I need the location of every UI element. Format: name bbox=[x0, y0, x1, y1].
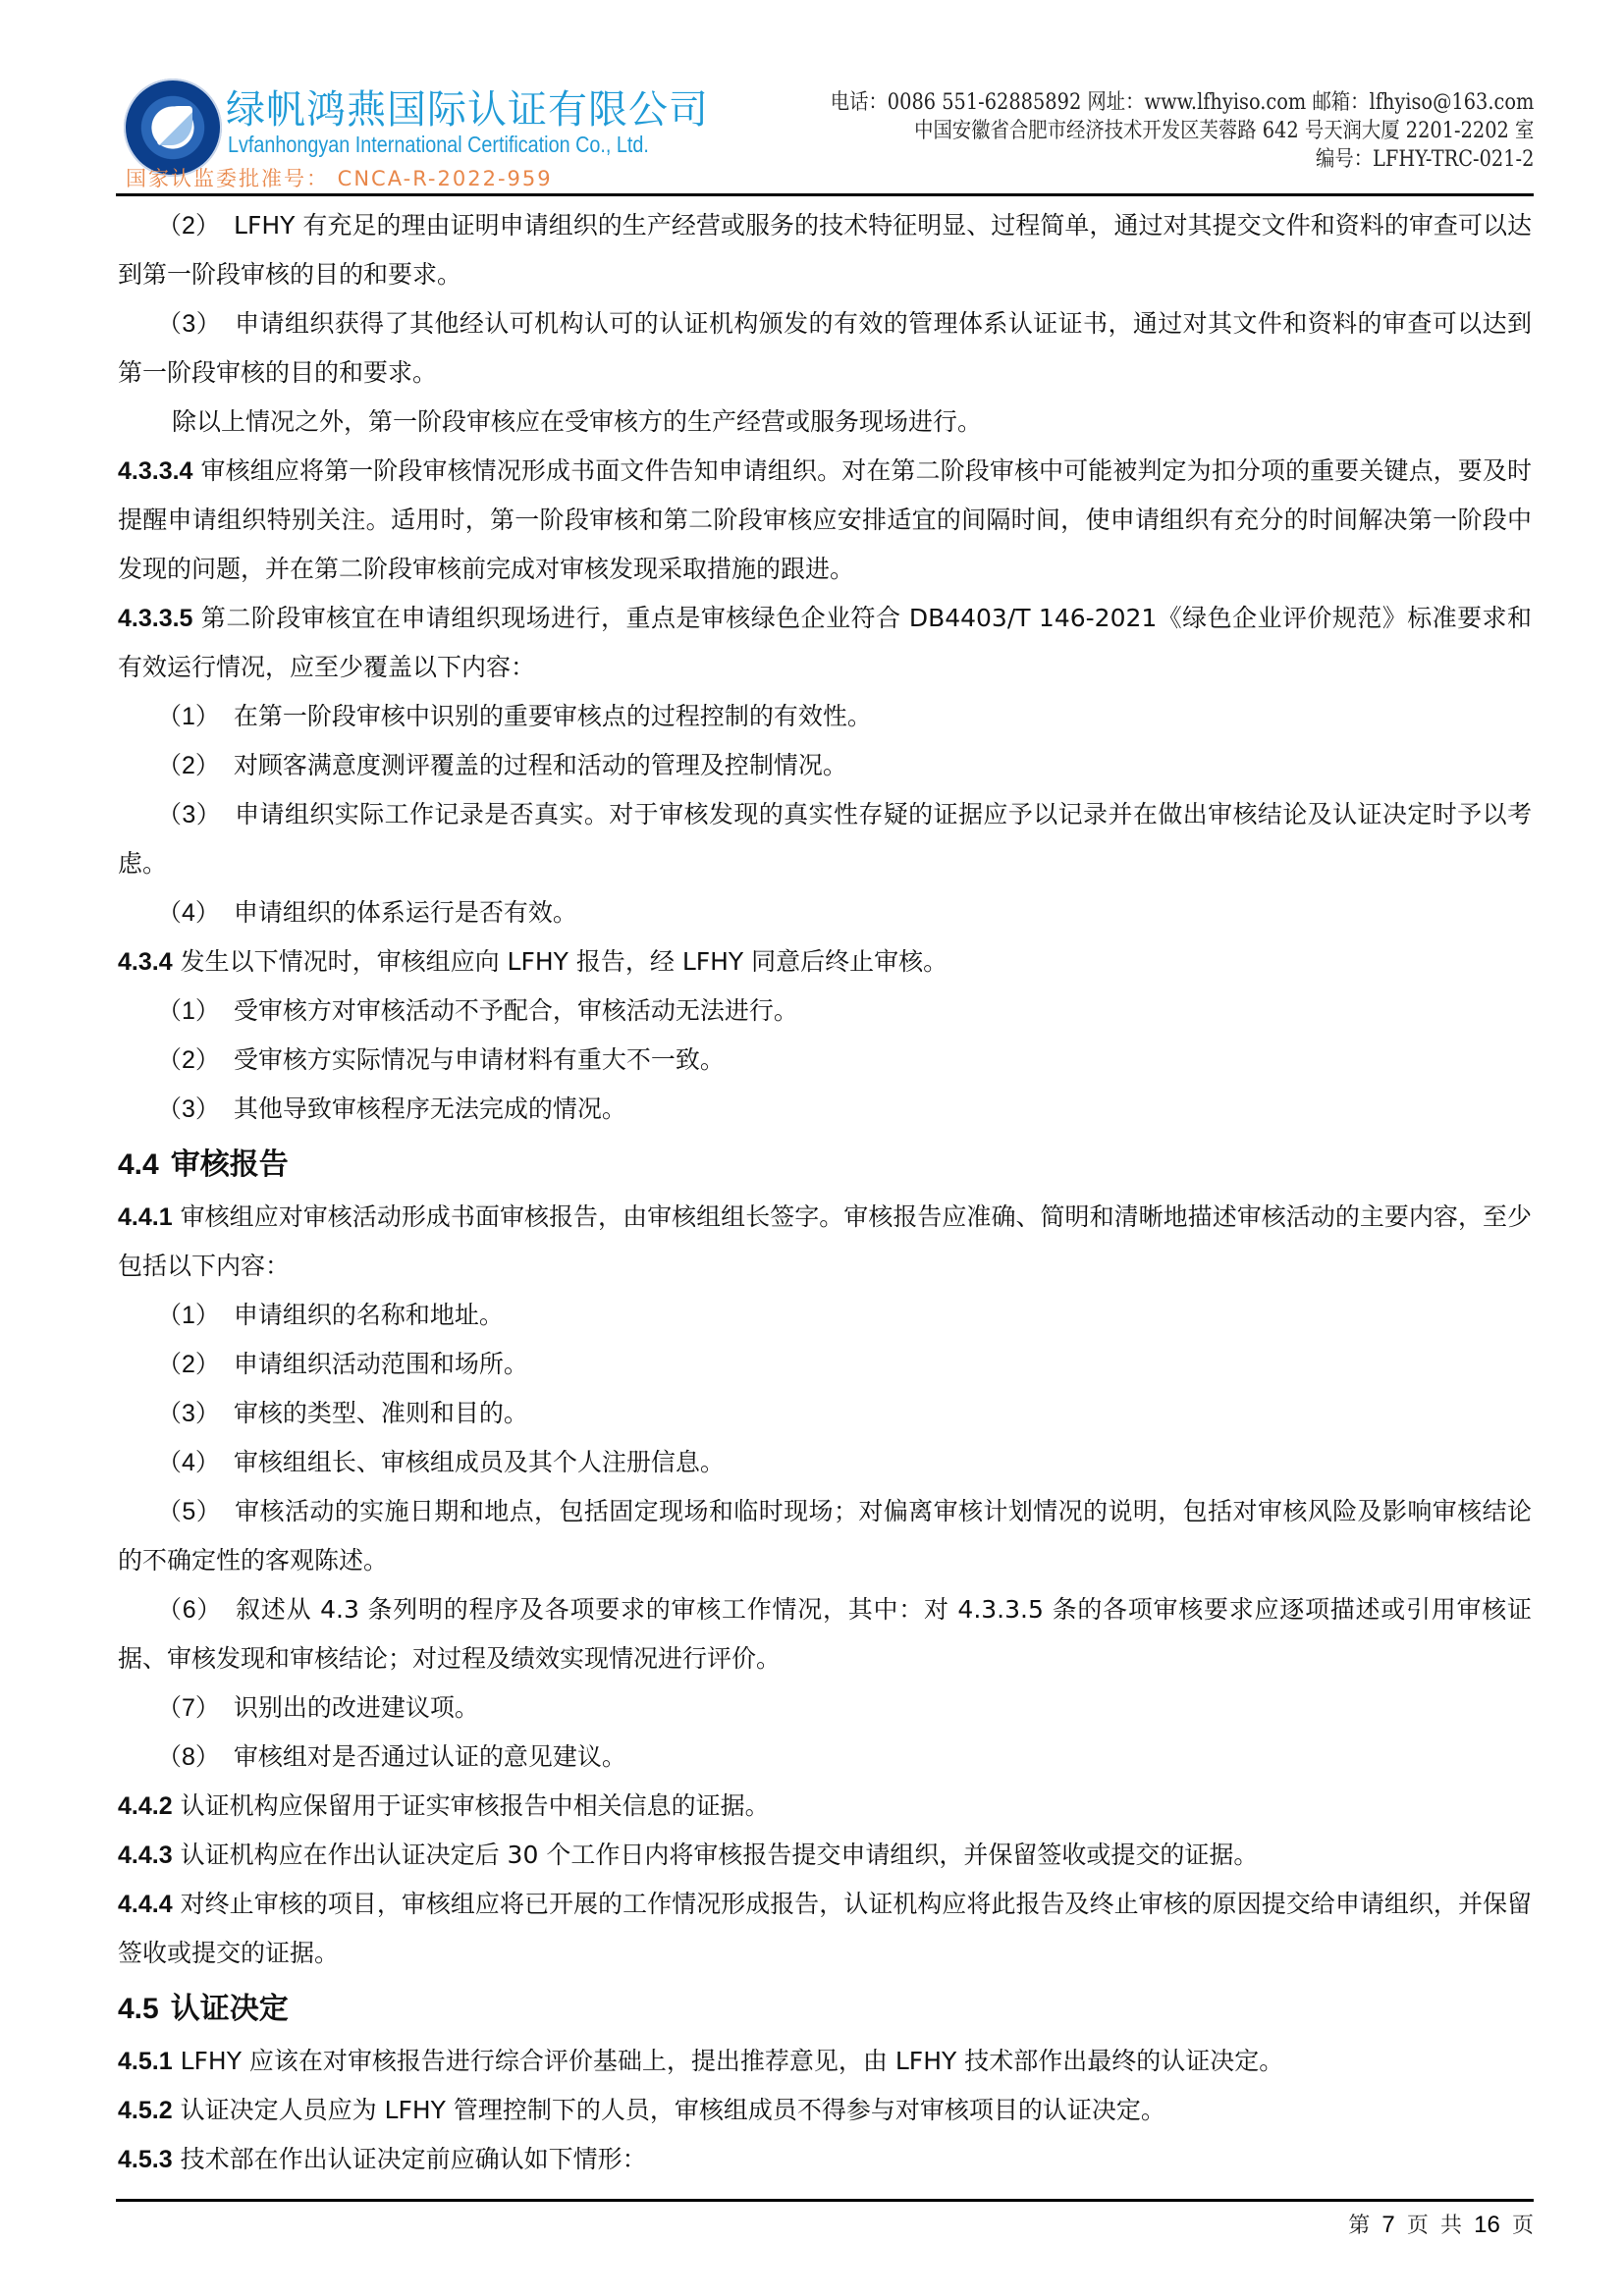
list-item: （1）受审核方对审核活动不予配合，审核活动无法进行。 bbox=[118, 987, 1532, 1036]
clause-4-4-2: 4.4.2认证机构应保留用于证实审核报告中相关信息的证据。 bbox=[118, 1782, 1532, 1831]
item-number: （1） bbox=[157, 1302, 220, 1329]
list-item: （5）审核活动的实施日期和地点，包括固定现场和临时现场；对偏离审核计划情况的说明… bbox=[118, 1487, 1532, 1585]
contact-phone-web-email: 电话：0086 551-62885892 网址：www.lfhyiso.com … bbox=[830, 88, 1534, 117]
item-number: （1） bbox=[157, 997, 220, 1025]
clause-text: 对终止审核的项目，审核组应将已开展的工作情况形成报告，认证机构应将此报告及终止审… bbox=[118, 1890, 1532, 1967]
section-heading-4-4: 4.4审核报告 bbox=[118, 1138, 1532, 1193]
item-number: （7） bbox=[157, 1694, 220, 1722]
item-text: 受审核方对审核活动不予配合，审核活动无法进行。 bbox=[234, 996, 798, 1025]
list-item: （3）审核的类型、准则和目的。 bbox=[118, 1389, 1532, 1438]
clause-text: 发生以下情况时，审核组应向 LFHY 报告，经 LFHY 同意后终止审核。 bbox=[181, 947, 948, 976]
clause-number: 4.3.3.4 bbox=[118, 457, 192, 485]
clause-4-4-1: 4.4.1审核组应对审核活动形成书面审核报告，由审核组组长签字。审核报告应准确、… bbox=[118, 1193, 1532, 1291]
clause-text: 认证机构应保留用于证实审核报告中相关信息的证据。 bbox=[181, 1791, 770, 1820]
section-title: 认证决定 bbox=[171, 1992, 289, 2026]
item-number: （2） bbox=[157, 1351, 220, 1378]
item-text: 申请组织的体系运行是否有效。 bbox=[234, 898, 577, 927]
list-item: （7）识别出的改进建议项。 bbox=[118, 1683, 1532, 1733]
item-number: （1） bbox=[157, 703, 220, 730]
clause-text: LFHY 应该在对审核报告进行综合评价基础上，提出推荐意见，由 LFHY 技术部… bbox=[181, 2047, 1284, 2075]
item-number: （3） bbox=[157, 801, 221, 828]
item-text: 受审核方实际情况与申请材料有重大不一致。 bbox=[234, 1045, 725, 1074]
item-text: 审核组对是否通过认证的意见建议。 bbox=[234, 1742, 626, 1771]
item-text: 识别出的改进建议项。 bbox=[234, 1693, 479, 1722]
clause-4-4-4: 4.4.4对终止审核的项目，审核组应将已开展的工作情况形成报告，认证机构应将此报… bbox=[118, 1880, 1532, 1978]
item-number: （4） bbox=[157, 899, 220, 927]
clause-number: 4.4.4 bbox=[118, 1891, 173, 1918]
item-text: 申请组织活动范围和场所。 bbox=[234, 1350, 528, 1378]
clause-number: 4.3.4 bbox=[118, 948, 173, 976]
item-number: （6） bbox=[157, 1596, 222, 1624]
item-number: （4） bbox=[157, 1449, 220, 1476]
item-number: （5） bbox=[157, 1498, 221, 1525]
clause-4-5-2: 4.5.2认证决定人员应为 LFHY 管理控制下的人员，审核组成员不得参与对审核… bbox=[118, 2086, 1532, 2135]
page-label-prefix: 第 bbox=[1348, 2213, 1370, 2237]
clause-text: 审核组应对审核活动形成书面审核报告，由审核组组长签字。审核报告应准确、简明和清晰… bbox=[118, 1202, 1532, 1280]
clause-text: 第二阶段审核宜在申请组织现场进行，重点是审核绿色企业符合 DB4403/T 14… bbox=[118, 604, 1532, 681]
list-item: （2）LFHY 有充足的理由证明申请组织的生产经营或服务的技术特征明显、过程简单… bbox=[118, 201, 1532, 299]
item-text: 在第一阶段审核中识别的重要审核点的过程控制的有效性。 bbox=[234, 702, 872, 730]
paragraph: 除以上情况之外，第一阶段审核应在受审核方的生产经营或服务现场进行。 bbox=[118, 398, 1532, 447]
item-text: 申请组织获得了其他经认可机构认可的认证机构颁发的有效的管理体系认证证书，通过对其… bbox=[118, 309, 1532, 387]
clause-number: 4.4.1 bbox=[118, 1203, 173, 1231]
clause-text: 审核组应将第一阶段审核情况形成书面文件告知申请组织。对在第二阶段审核中可能被判定… bbox=[118, 456, 1532, 583]
clause-number: 4.4.2 bbox=[118, 1792, 173, 1820]
list-item: （6）叙述从 4.3 条列明的程序及各项要求的审核工作情况，其中：对 4.3.3… bbox=[118, 1585, 1532, 1683]
clause-number: 4.5.3 bbox=[118, 2146, 173, 2173]
section-number: 4.4 bbox=[118, 1148, 159, 1181]
approval-number: 国家认监委批准号： CNCA-R-2022-959 bbox=[126, 163, 553, 192]
list-item: （2）申请组织活动范围和场所。 bbox=[118, 1340, 1532, 1389]
clause-number: 4.5.2 bbox=[118, 2097, 173, 2124]
list-item: （1）在第一阶段审核中识别的重要审核点的过程控制的有效性。 bbox=[118, 692, 1532, 741]
list-item: （3）其他导致审核程序无法完成的情况。 bbox=[118, 1085, 1532, 1134]
list-item: （3）申请组织获得了其他经认可机构认可的认证机构颁发的有效的管理体系认证证书，通… bbox=[118, 299, 1532, 398]
item-text: 审核组组长、审核组成员及其个人注册信息。 bbox=[234, 1448, 725, 1476]
page-label-mid: 页 共 bbox=[1407, 2213, 1462, 2237]
total-page-count: 16 bbox=[1474, 2212, 1500, 2238]
item-number: （2） bbox=[157, 1046, 220, 1074]
item-text: 叙述从 4.3 条列明的程序及各项要求的审核工作情况，其中：对 4.3.3.5 … bbox=[118, 1595, 1532, 1673]
list-item: （2）对顾客满意度测评覆盖的过程和活动的管理及控制情况。 bbox=[118, 741, 1532, 790]
item-text: 审核活动的实施日期和地点，包括固定现场和临时现场；对偏离审核计划情况的说明，包括… bbox=[118, 1497, 1532, 1575]
clause-4-3-4: 4.3.4发生以下情况时，审核组应向 LFHY 报告，经 LFHY 同意后终止审… bbox=[118, 937, 1532, 987]
company-name-cn: 绿帆鸿燕国际认证有限公司 bbox=[226, 79, 709, 134]
document-body: （2）LFHY 有充足的理由证明申请组织的生产经营或服务的技术特征明显、过程简单… bbox=[118, 201, 1532, 2184]
item-text: LFHY 有充足的理由证明申请组织的生产经营或服务的技术特征明显、过程简单，通过… bbox=[118, 211, 1532, 289]
item-number: （8） bbox=[157, 1743, 220, 1771]
header-divider bbox=[116, 193, 1534, 196]
clause-4-5-1: 4.5.1LFHY 应该在对审核报告进行综合评价基础上，提出推荐意见，由 LFH… bbox=[118, 2037, 1532, 2086]
contact-address: 中国安徽省合肥市经济技术开发区芙蓉路 642 号天润大厦 2201-2202 室 bbox=[830, 117, 1534, 145]
item-number: （3） bbox=[157, 310, 221, 338]
item-text: 对顾客满意度测评覆盖的过程和活动的管理及控制情况。 bbox=[234, 751, 847, 779]
sail-shape bbox=[157, 106, 192, 145]
clause-4-3-3-5: 4.3.3.5第二阶段审核宜在申请组织现场进行，重点是审核绿色企业符合 DB44… bbox=[118, 594, 1532, 692]
clause-4-4-3: 4.4.3认证机构应在作出认证决定后 30 个工作日内将审核报告提交申请组织，并… bbox=[118, 1831, 1532, 1880]
clause-text: 认证机构应在作出认证决定后 30 个工作日内将审核报告提交申请组织，并保留签收或… bbox=[181, 1841, 1259, 1869]
clause-4-3-3-4: 4.3.3.4审核组应将第一阶段审核情况形成书面文件告知申请组织。对在第二阶段审… bbox=[118, 447, 1532, 594]
certification-sail-logo-icon bbox=[124, 79, 222, 177]
section-heading-4-5: 4.5认证决定 bbox=[118, 1982, 1532, 2037]
item-text: 审核的类型、准则和目的。 bbox=[234, 1399, 528, 1427]
item-text: 申请组织实际工作记录是否真实。对于审核发现的真实性存疑的证据应予以记录并在做出审… bbox=[118, 800, 1532, 878]
section-title: 审核报告 bbox=[171, 1148, 289, 1182]
list-item: （8）审核组对是否通过认证的意见建议。 bbox=[118, 1733, 1532, 1782]
page-footer: 第 7 页 共 16 页 bbox=[1348, 2209, 1534, 2239]
list-item: （3）申请组织实际工作记录是否真实。对于审核发现的真实性存疑的证据应予以记录并在… bbox=[118, 790, 1532, 888]
page-header: 绿帆鸿燕国际认证有限公司 Lvfanhongyan International … bbox=[118, 69, 1534, 192]
clause-number: 4.5.1 bbox=[118, 2048, 173, 2075]
contact-block: 电话：0086 551-62885892 网址：www.lfhyiso.com … bbox=[734, 88, 1534, 174]
clause-text: 认证决定人员应为 LFHY 管理控制下的人员，审核组成员不得参与对审核项目的认证… bbox=[181, 2096, 1165, 2124]
document-number: 编号：LFHY-TRC-021-2 bbox=[830, 145, 1534, 174]
list-item: （4）申请组织的体系运行是否有效。 bbox=[118, 888, 1532, 937]
list-item: （1）申请组织的名称和地址。 bbox=[118, 1291, 1532, 1340]
item-text: 其他导致审核程序无法完成的情况。 bbox=[234, 1095, 626, 1123]
clause-number: 4.4.3 bbox=[118, 1842, 173, 1869]
list-item: （2）受审核方实际情况与申请材料有重大不一致。 bbox=[118, 1036, 1532, 1085]
item-text: 申请组织的名称和地址。 bbox=[234, 1301, 504, 1329]
company-name-en: Lvfanhongyan International Certification… bbox=[228, 132, 649, 158]
list-item: （4）审核组组长、审核组成员及其个人注册信息。 bbox=[118, 1438, 1532, 1487]
item-number: （2） bbox=[157, 752, 220, 779]
clause-text: 技术部在作出认证决定前应确认如下情形： bbox=[181, 2145, 647, 2173]
footer-divider bbox=[116, 2199, 1534, 2202]
item-number: （2） bbox=[157, 212, 220, 240]
item-number: （3） bbox=[157, 1400, 220, 1427]
current-page-number: 7 bbox=[1381, 2212, 1394, 2238]
item-number: （3） bbox=[157, 1095, 220, 1123]
page-label-suffix: 页 bbox=[1512, 2213, 1534, 2237]
clause-number: 4.3.3.5 bbox=[118, 605, 192, 632]
section-number: 4.5 bbox=[118, 1993, 159, 2025]
clause-4-5-3: 4.5.3技术部在作出认证决定前应确认如下情形： bbox=[118, 2135, 1532, 2184]
